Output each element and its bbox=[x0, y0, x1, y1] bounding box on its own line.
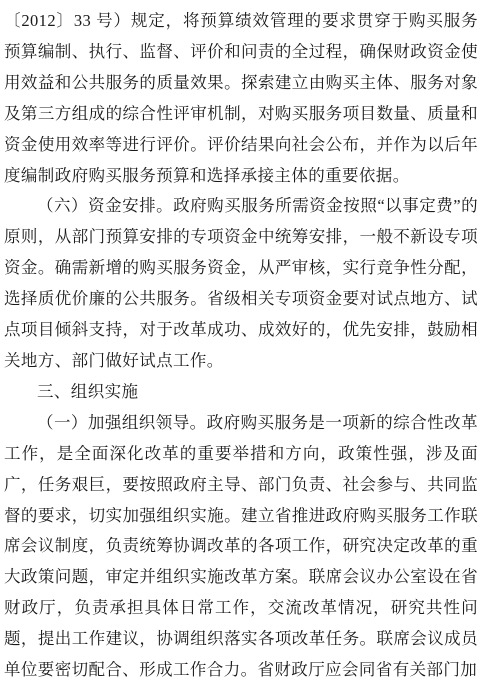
paragraph-budget-performance: 〔2012〕33 号）规定，将预算绩效管理的要求贯穿于购买服务预算编制、执行、监… bbox=[4, 6, 478, 191]
section-heading-organization: 三、组织实施 bbox=[4, 377, 478, 408]
document-page: 〔2012〕33 号）规定，将预算绩效管理的要求贯穿于购买服务预算编制、执行、监… bbox=[0, 0, 482, 681]
paragraph-strengthen-leadership: （一）加强组织领导。政府购买服务是一项新的综合性改革工作，是全面深化改革的重要举… bbox=[4, 408, 478, 681]
paragraph-funding-arrangement: （六）资金安排。政府购买服务所需资金按照“以事定费”的原则，从部门预算安排的专项… bbox=[4, 191, 478, 376]
